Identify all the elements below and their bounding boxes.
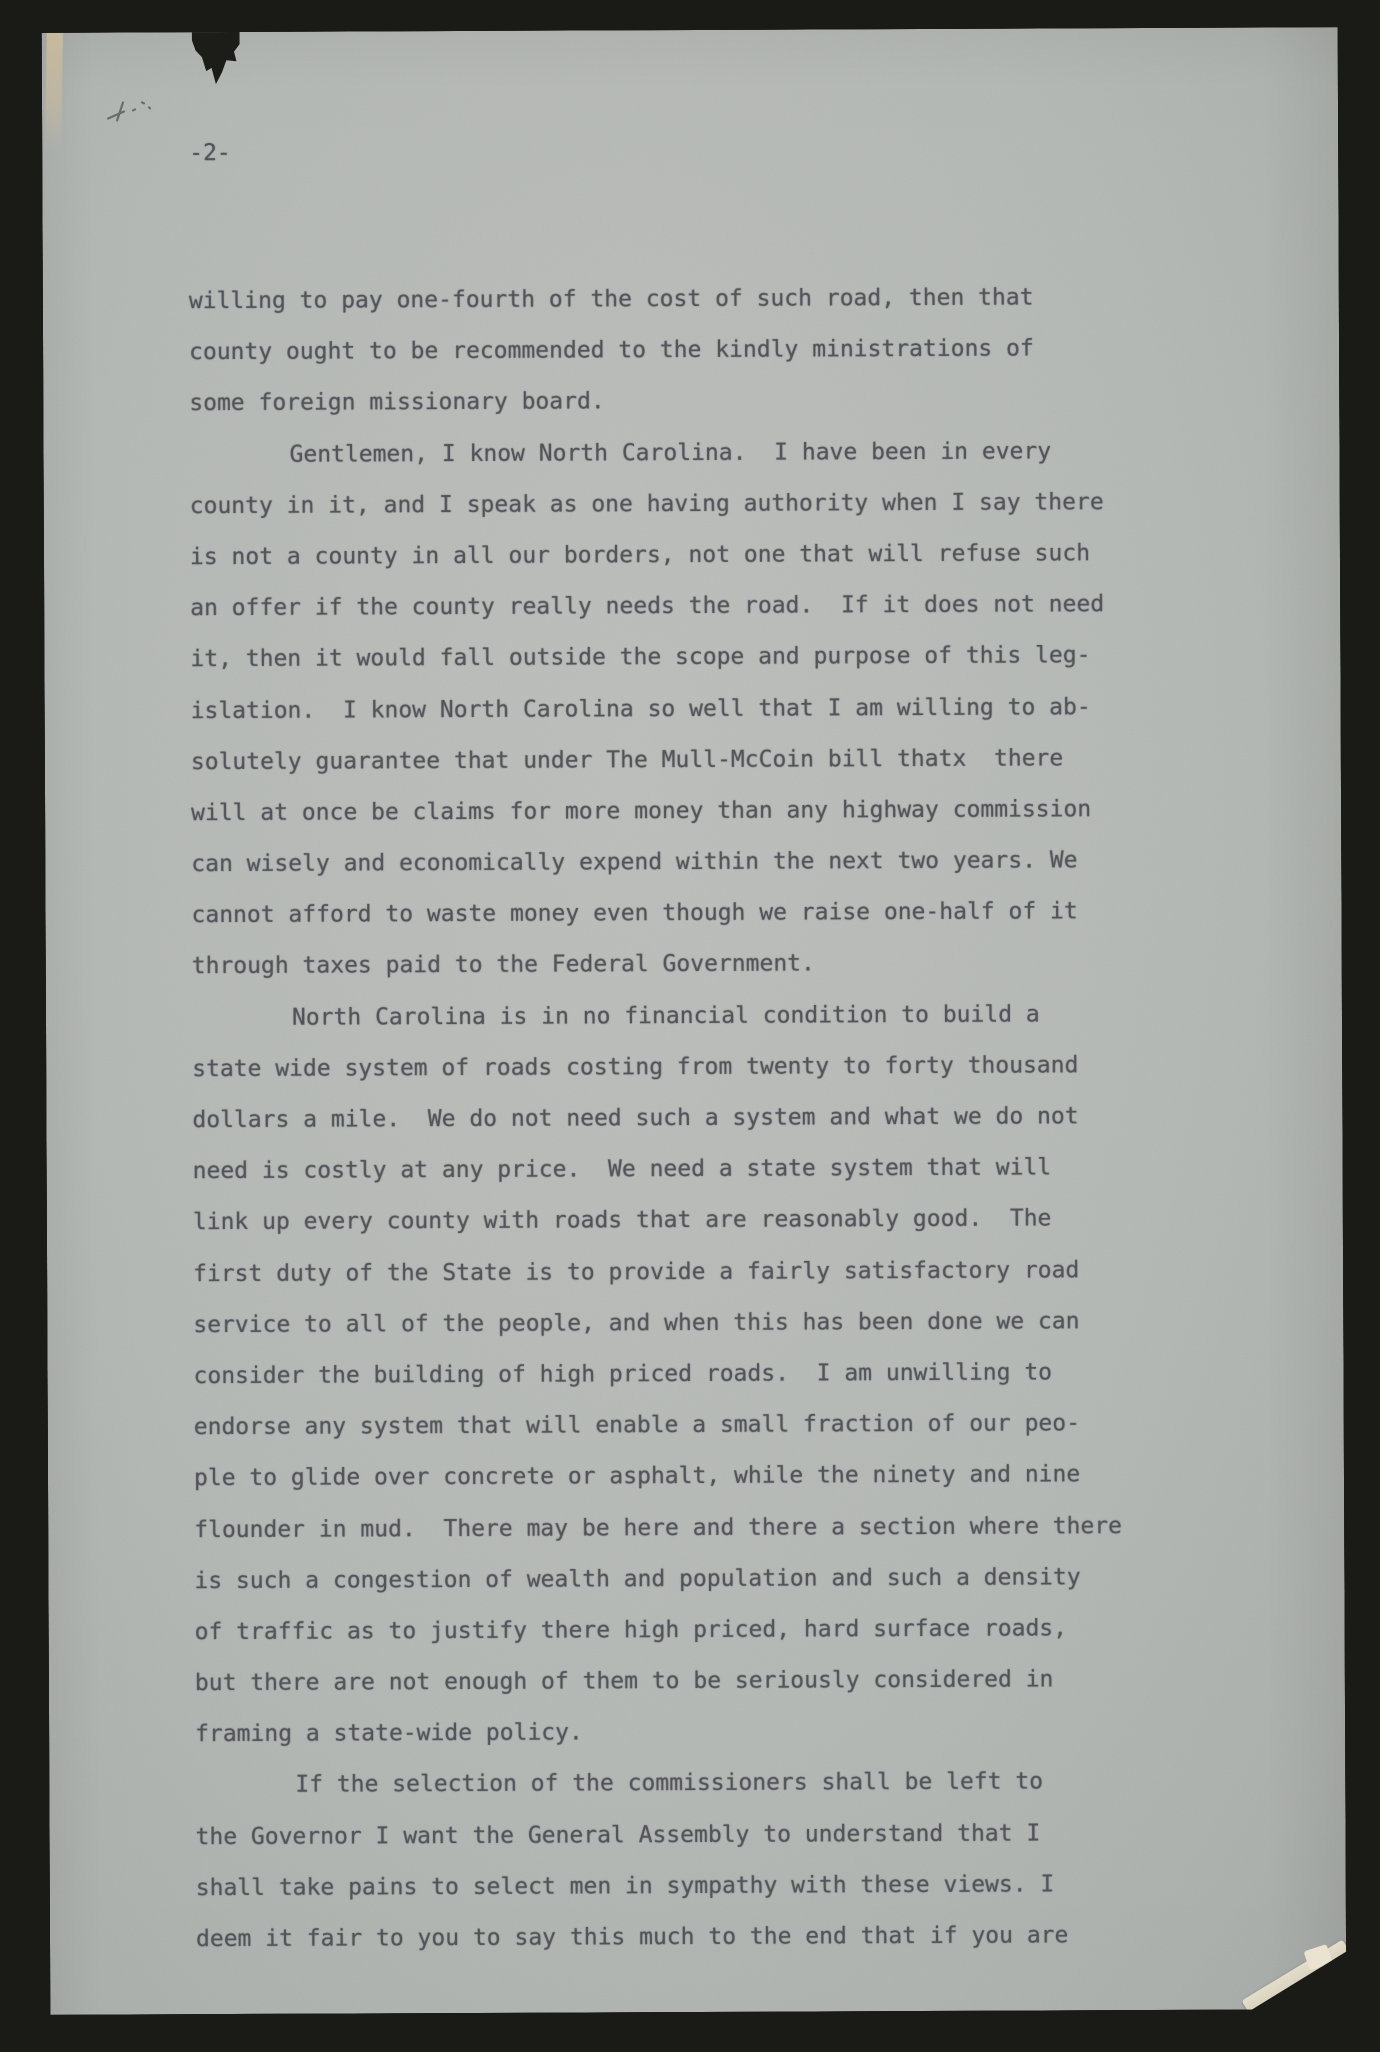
text-line: North Carolina is in no financial condit… — [192, 988, 1302, 1044]
paper-edge-discoloration — [45, 33, 63, 151]
text-line: cannot afford to waste money even though… — [191, 886, 1301, 942]
pencil-mark — [100, 88, 180, 132]
text-line: Gentlemen, I know North Carolina. I have… — [189, 425, 1299, 481]
text-line: first duty of the State is to provide a … — [193, 1244, 1303, 1300]
text-line: link up every county with roads that are… — [193, 1193, 1303, 1249]
page-number: -2- — [189, 140, 231, 192]
text-line: ple to glide over concrete or asphalt, w… — [194, 1449, 1304, 1505]
text-line: an offer if the county really needs the … — [190, 578, 1300, 634]
document-page: -2- willing to pay one-fourth of the cos… — [42, 27, 1347, 2015]
text-line: islation. I know North Carolina so well … — [191, 681, 1301, 737]
text-line: of traffic as to justify there high pric… — [195, 1602, 1305, 1658]
photo-background: -2- willing to pay one-fourth of the cos… — [0, 0, 1380, 2052]
text-line: shall take pains to select men in sympat… — [196, 1858, 1306, 1914]
text-line: but there are not enough of them to be s… — [195, 1653, 1305, 1709]
typewritten-text: willing to pay one-fourth of the cost of… — [189, 271, 1306, 1965]
text-line: some foreign missionary board. — [189, 374, 1299, 430]
text-line: can wisely and economically expend withi… — [191, 834, 1301, 890]
text-line: dollars a mile. We do not need such a sy… — [192, 1090, 1302, 1146]
text-line: the Governor I want the General Assembly… — [195, 1807, 1305, 1863]
text-line: willing to pay one-fourth of the cost of… — [189, 271, 1299, 327]
text-line: county ought to be recommended to the ki… — [189, 323, 1299, 379]
text-line: solutely guarantee that under The Mull-M… — [191, 732, 1301, 788]
text-line: service to all of the people, and when t… — [193, 1295, 1303, 1351]
text-line: county in it, and I speak as one having … — [190, 476, 1300, 532]
ink-blot — [192, 30, 240, 84]
text-line: is such a congestion of wealth and popul… — [194, 1551, 1304, 1607]
text-line: through taxes paid to the Federal Govern… — [192, 937, 1302, 993]
text-line: deem it fair to you to say this much to … — [196, 1909, 1306, 1965]
text-line: state wide system of roads costing from … — [192, 1039, 1302, 1095]
text-line: consider the building of high priced roa… — [193, 1346, 1303, 1402]
text-line: it, then it would fall outside the scope… — [190, 630, 1300, 686]
text-line: If the selection of the commissioners sh… — [195, 1756, 1305, 1812]
text-line: is not a county in all our borders, not … — [190, 527, 1300, 583]
text-line: need is costly at any price. We need a s… — [193, 1142, 1303, 1198]
text-line: flounder in mud. There may be here and t… — [194, 1500, 1304, 1556]
text-line: framing a state-wide policy. — [195, 1705, 1305, 1761]
text-line: endorse any system that will enable a sm… — [194, 1397, 1304, 1453]
text-line: will at once be claims for more money th… — [191, 783, 1301, 839]
